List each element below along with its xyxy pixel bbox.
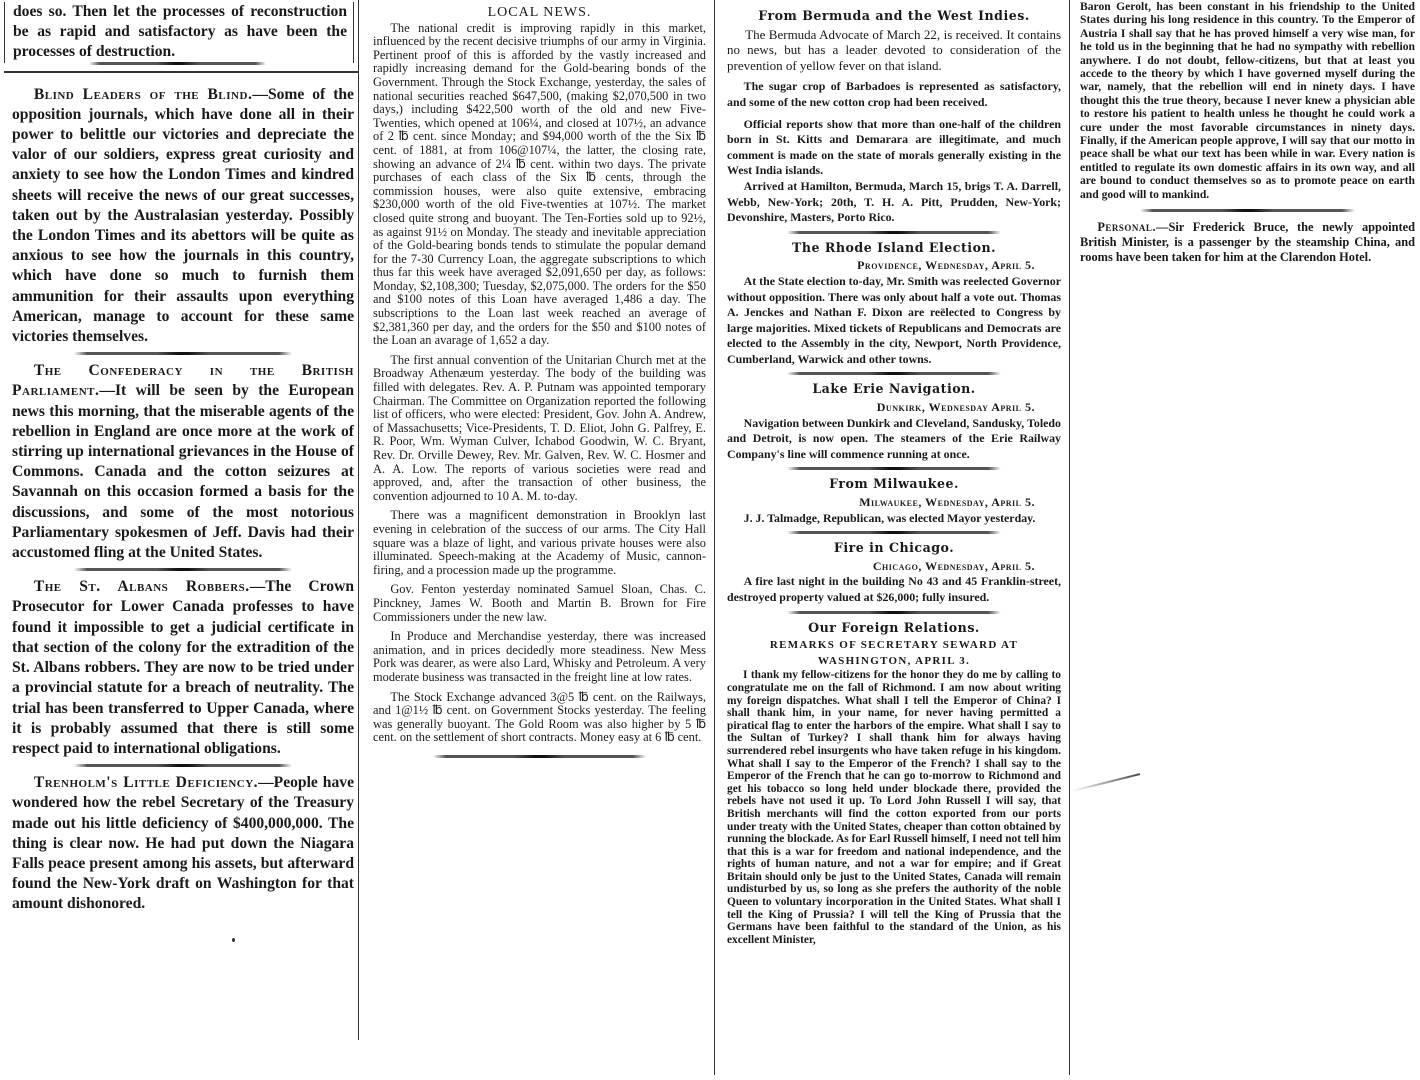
section-heading: The Rhode Island Election. bbox=[727, 240, 1061, 256]
section-paragraph: The sugar crop of Barbadoes is represent… bbox=[727, 79, 1061, 110]
section-paragraph: Navigation between Dunkirk and Cleveland… bbox=[727, 416, 1061, 463]
article-st-albans-robbers: The St. Albans Robbers.—The Crown Prosec… bbox=[12, 577, 354, 759]
dateline: Milwaukee, Wednesday, April 5. bbox=[727, 495, 1061, 511]
divider bbox=[433, 755, 646, 758]
divider bbox=[74, 352, 293, 355]
divider bbox=[787, 467, 1001, 470]
divider bbox=[787, 231, 1001, 234]
section-chicago-fire: Fire in Chicago. Chicago, Wednesday, Apr… bbox=[727, 540, 1061, 605]
local-news-paragraph: There was a magnificent demonstration in… bbox=[373, 509, 706, 577]
column-continuation: Baron Gerolt, has been constant in his f… bbox=[1070, 0, 1420, 330]
section-lake-erie: Lake Erie Navigation. Dunkirk, Wednesday… bbox=[727, 381, 1061, 462]
section-paragraph: Official reports show that more than one… bbox=[727, 117, 1061, 179]
section-heading: From Milwaukee. bbox=[727, 476, 1061, 492]
column-local-news: LOCAL NEWS. The national credit is impro… bbox=[358, 0, 714, 1040]
section-heading: Fire in Chicago. bbox=[727, 540, 1061, 556]
divider bbox=[1140, 209, 1354, 212]
article-personal: Personal.—Sir Frederick Bruce, the newly… bbox=[1080, 220, 1415, 265]
divider bbox=[787, 372, 1001, 375]
column-editorials: does so. Then let the processes of recon… bbox=[0, 0, 358, 915]
article-blind-leaders: Blind Leaders of the Blind.—Some of the … bbox=[12, 85, 354, 348]
dateline: Dunkirk, Wednesday April 5. bbox=[727, 400, 1061, 416]
divider bbox=[4, 63, 358, 73]
section-paragraph: J. J. Talmadge, Republican, was elected … bbox=[727, 511, 1061, 527]
dateline: Chicago, Wednesday, April 5. bbox=[727, 559, 1061, 575]
divider bbox=[787, 611, 1001, 614]
article-body: —It will be seen by the European news th… bbox=[12, 382, 354, 561]
local-news-paragraph: The national credit is improving rapidly… bbox=[373, 22, 706, 348]
section-bermuda: From Bermuda and the West Indies. The Be… bbox=[727, 8, 1061, 226]
column-dispatches: From Bermuda and the West Indies. The Be… bbox=[714, 0, 1070, 1075]
section-subheading: REMARKS OF SECRETARY SEWARD AT WASHINGTO… bbox=[727, 638, 1061, 669]
local-news-paragraph: Gov. Fenton yesterday nominated Samuel S… bbox=[373, 583, 706, 624]
section-heading: Our Foreign Relations. bbox=[727, 620, 1061, 636]
section-paragraph: The Bermuda Advocate of March 22, is rec… bbox=[727, 27, 1061, 74]
dateline: Providence, Wednesday, April 5. bbox=[727, 258, 1061, 274]
scan-pen-mark bbox=[1072, 773, 1140, 792]
section-foreign-relations: Our Foreign Relations. REMARKS OF SECRET… bbox=[727, 620, 1061, 947]
article-headline: Trenholm's Little Deficiency. bbox=[34, 774, 258, 791]
section-paragraph: I thank my fellow-citizens for the honor… bbox=[727, 669, 1061, 946]
article-headline: Blind Leaders of the Blind. bbox=[34, 86, 253, 103]
section-rhode-island: The Rhode Island Election. Providence, W… bbox=[727, 240, 1061, 368]
continued-article-text: does so. Then let the processes of recon… bbox=[13, 2, 347, 63]
article-body: —The Crown Prosecutor for Lower Canada p… bbox=[12, 578, 354, 757]
article-trenholm-deficiency: Trenholm's Little Deficiency.—People hav… bbox=[12, 773, 354, 914]
section-milwaukee: From Milwaukee. Milwaukee, Wednesday, Ap… bbox=[727, 476, 1061, 526]
continued-speech-text: Baron Gerolt, has been constant in his f… bbox=[1080, 0, 1415, 201]
divider bbox=[74, 568, 293, 571]
section-paragraph: Arrived at Hamilton, Bermuda, March 15, … bbox=[727, 179, 1061, 226]
divider bbox=[787, 531, 1001, 534]
article-confederacy-parliament: The Confederacy in the British Parliamen… bbox=[12, 361, 354, 563]
continued-article: does so. Then let the processes of recon… bbox=[4, 2, 354, 63]
article-headline: Personal. bbox=[1097, 220, 1156, 234]
scan-speck bbox=[232, 938, 235, 942]
article-headline: The St. Albans Robbers. bbox=[34, 578, 250, 595]
local-news-paragraph: The Stock Exchange advanced 3@5 ℔ cent. … bbox=[373, 691, 706, 745]
article-body: —Some of the opposition journals, which … bbox=[12, 86, 354, 345]
section-paragraph: A fire last night in the building No 43 … bbox=[727, 574, 1061, 605]
article-body: —People have wondered how the rebel Secr… bbox=[12, 774, 354, 912]
local-news-paragraph: The first annual convention of the Unita… bbox=[373, 354, 706, 504]
section-heading: Lake Erie Navigation. bbox=[727, 381, 1061, 397]
local-news-paragraph: In Produce and Merchandise yesterday, th… bbox=[373, 630, 706, 684]
section-heading: From Bermuda and the West Indies. bbox=[727, 8, 1061, 24]
divider bbox=[74, 764, 293, 767]
section-heading-local-news: LOCAL NEWS. bbox=[373, 6, 706, 20]
section-paragraph: At the State election to-day, Mr. Smith … bbox=[727, 274, 1061, 368]
